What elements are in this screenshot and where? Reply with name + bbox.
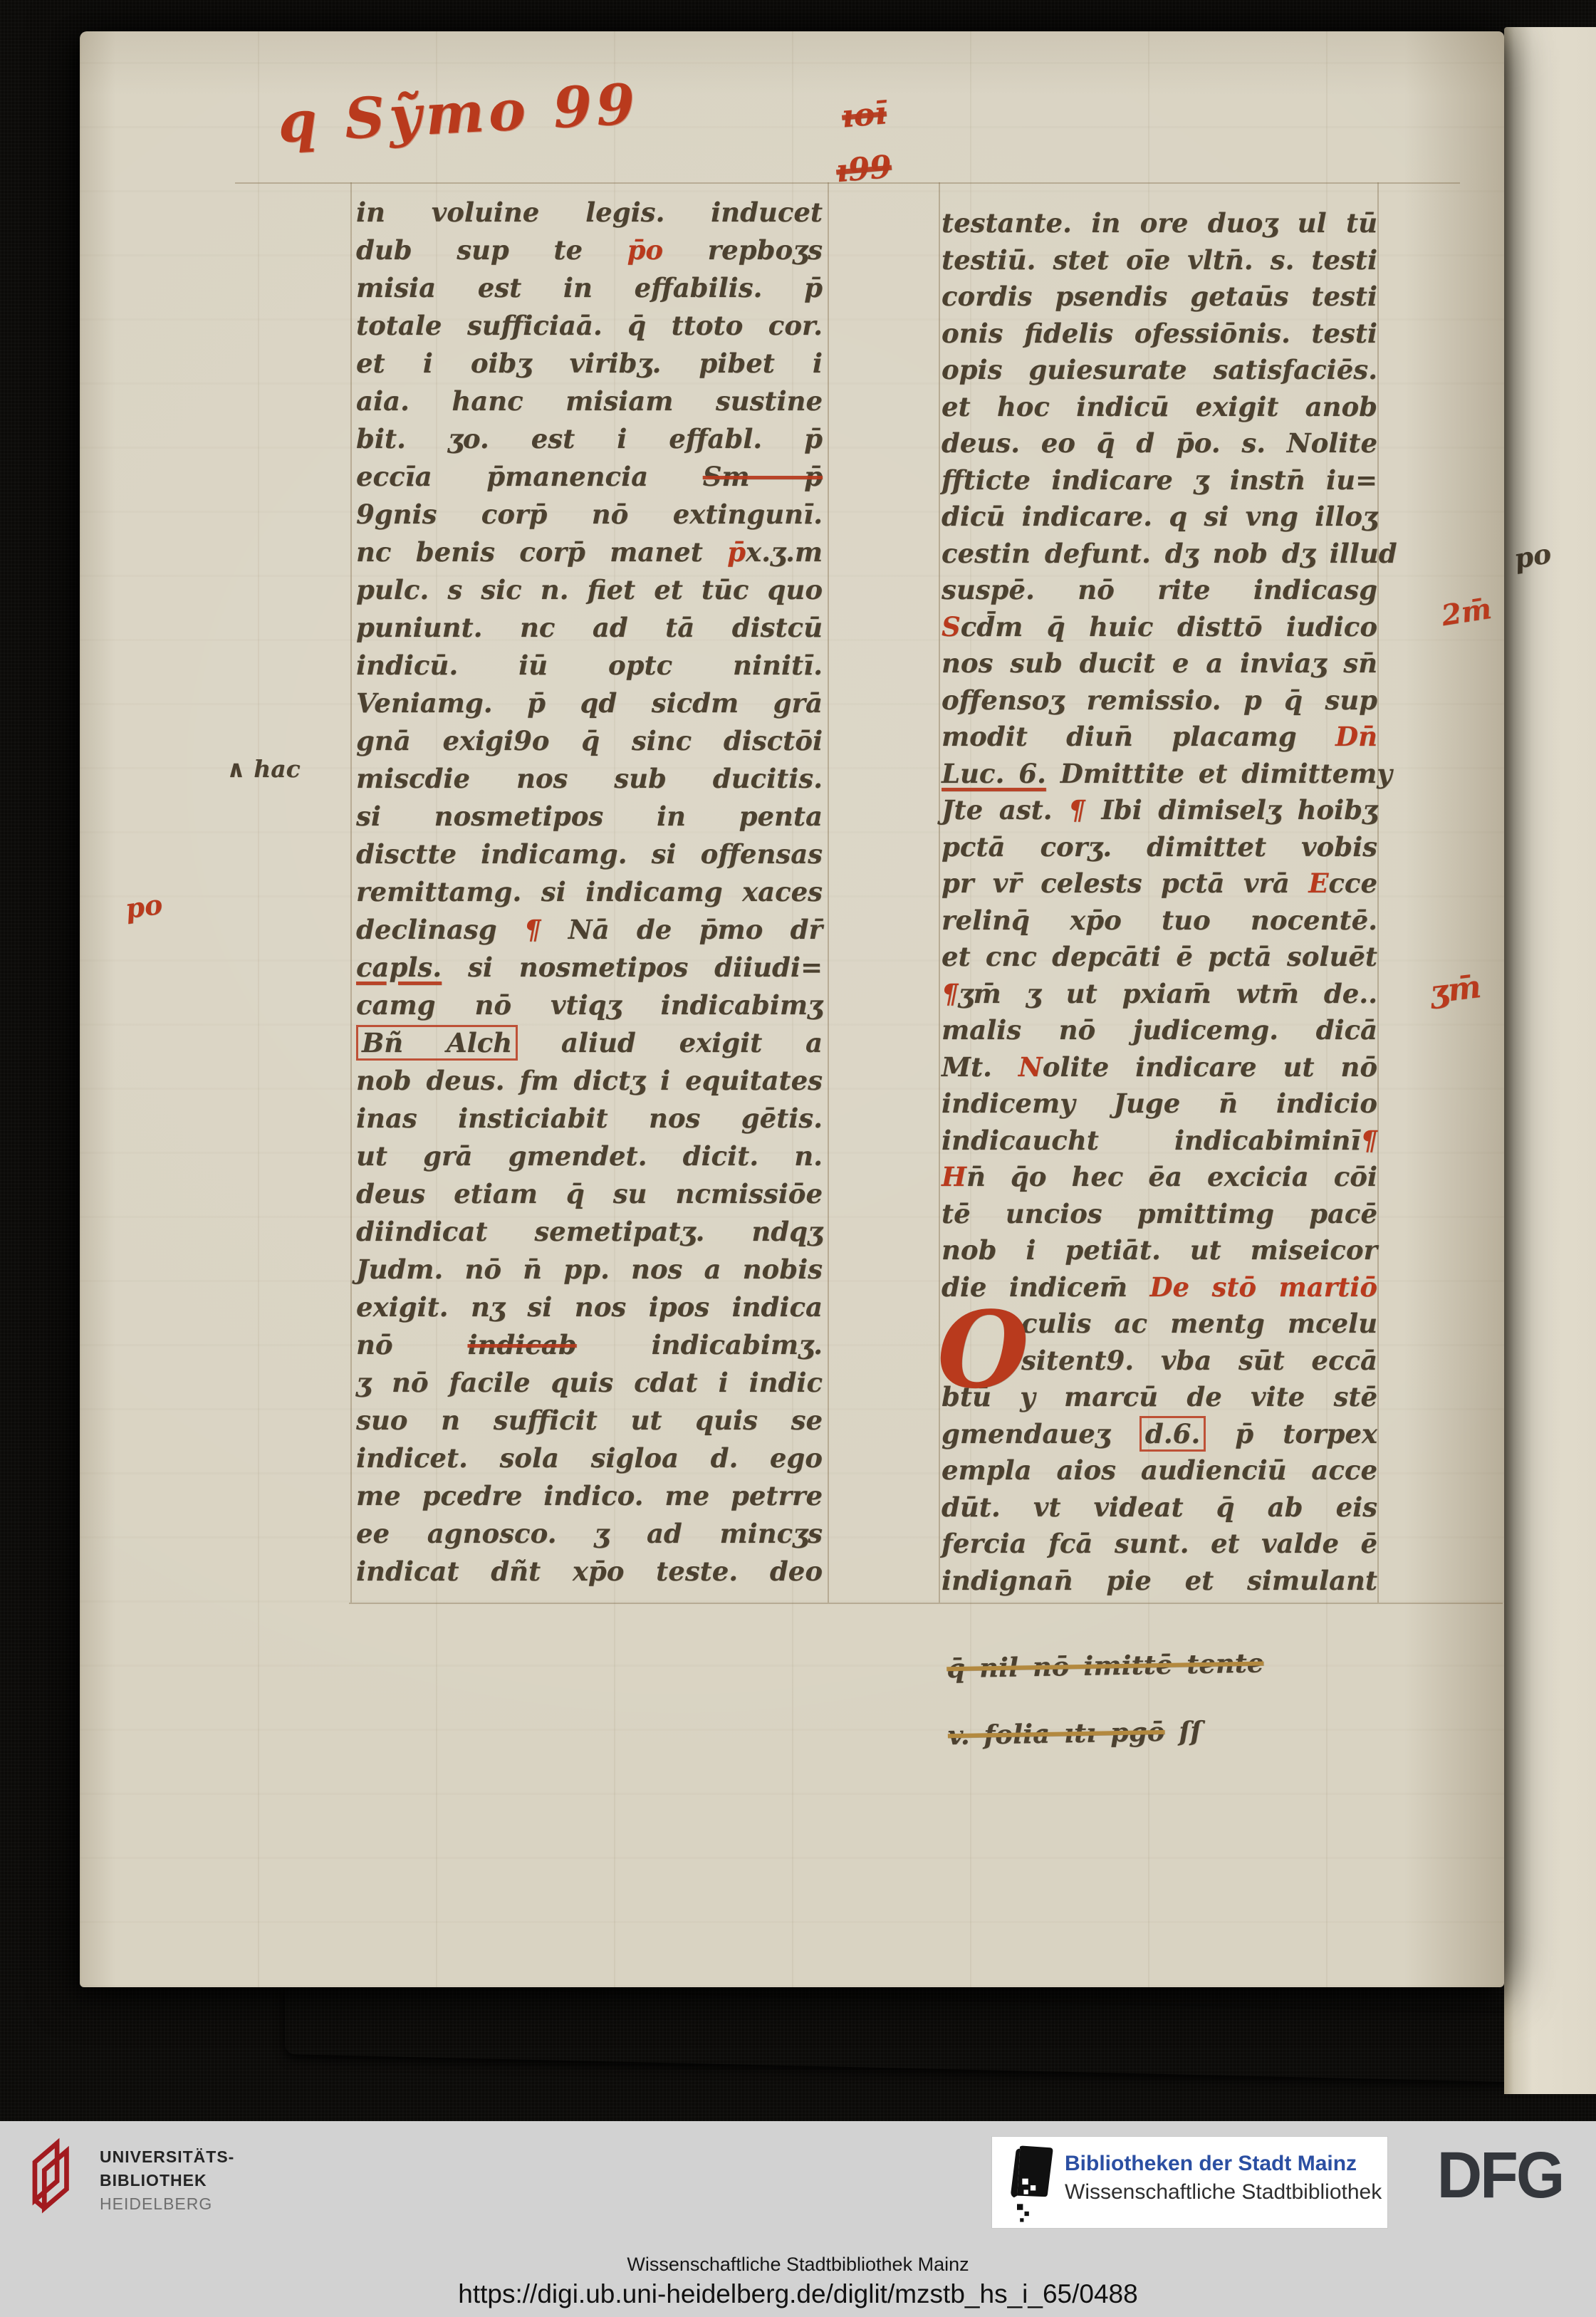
ruling-line-col2-right — [1377, 182, 1379, 1603]
manuscript-text-line: indicū. iū optc ninitī. — [356, 647, 823, 684]
manuscript-text-line: ¶ʒm̄ ʒ ut pxiam̄ wtm̄ de.. — [942, 976, 1377, 1013]
manuscript-text-line: opis guiesurate satisfaciēs. — [942, 352, 1377, 389]
manuscript-text-line: Mt. Nolite indicare ut nō — [942, 1049, 1377, 1086]
manuscript-text-line: indignan̄ pie et simulant — [942, 1563, 1377, 1600]
manuscript-text-line: deus etiam q̄ su ncmissiōe — [356, 1175, 823, 1213]
manuscript-text-line: dub sup te p̄o repboʒs — [356, 231, 823, 269]
manuscript-text-line: suo n sufficit ut quis se — [356, 1402, 823, 1439]
margin-note-2m: 2m̄ — [1439, 592, 1494, 632]
manuscript-text-line: et cnc depcāti ē pctā soluēt — [942, 939, 1377, 976]
manuscript-text-line: offensoʒ remissio. p q̄ sup — [942, 682, 1377, 719]
manuscript-text-line: dicū indicare. q si vng illoʒ — [942, 499, 1377, 536]
ub-line-2: BIBLIOTHEK — [100, 2169, 234, 2192]
manuscript-text-line: cordis psendis getaūs testi — [942, 278, 1377, 316]
manuscript-text-line: Jte ast. ¶ Ibi dimiselʒ hoibʒ — [942, 792, 1377, 829]
manuscript-text-line: aia. hanc misiam sustine — [356, 382, 823, 420]
manuscript-text-line: testiū. stet oīe vltn̄. s. testi — [942, 242, 1377, 279]
ub-heidelberg-logo: UNIVERSITÄTS- BIBLIOTHEK HEIDELBERG — [28, 2137, 234, 2221]
manuscript-text-line: exigit. nʒ si nos ipos indica — [356, 1288, 823, 1326]
manuscript-text-line: declinasg ¶ Nā de p̄mo dr̄ — [356, 911, 823, 949]
ub-heidelberg-wordmark: UNIVERSITÄTS- BIBLIOTHEK HEIDELBERG — [100, 2137, 234, 2216]
manuscript-text-line: deus. eo q̄ d p̄o. s. Nolite — [942, 425, 1377, 462]
manuscript-text-line: 9gnis corp̄ nō extingunī. — [356, 496, 823, 533]
manuscript-text-line: nō indicab indicabimʒ. — [356, 1326, 823, 1364]
manuscript-text-line: pulc. s sic n. fiet et tūc quo — [356, 571, 823, 609]
ub-line-1: UNIVERSITÄTS- — [100, 2145, 234, 2169]
dfg-logo: DFG — [1409, 2140, 1591, 2211]
manuscript-text-line: Judm. nō n̄ pp. nos a nobis — [356, 1251, 823, 1288]
manuscript-text-line: nos sub ducit e a inviaʒ sn̄ — [942, 645, 1377, 682]
adjacent-page-edge: po — [1504, 27, 1596, 2094]
manuscript-text-line: Luc. 6. Dmittite et dimittemy — [942, 756, 1377, 793]
quire-heading-rubric: q Sỹmo 99 — [276, 76, 640, 152]
footer-caption: Wissenschaftliche Stadtbibliothek Mainz — [0, 2254, 1596, 2275]
mainz-book-icon — [1002, 2144, 1062, 2224]
manuscript-text-line: nob deus. fm dictʒ i equitates — [356, 1062, 823, 1100]
manuscript-text-line: ut grā gmendet. dicit. n. — [356, 1137, 823, 1175]
manuscript-text-line: totale sufficiaā. q̄ ttoto cor. — [356, 307, 823, 345]
manuscript-text-line: malis nō judicemg. dicā — [942, 1012, 1377, 1049]
ruling-line-col1-right — [828, 182, 829, 1603]
footer-source-url: https://digi.ub.uni-heidelberg.de/diglit… — [0, 2279, 1596, 2309]
manuscript-text-line: indicet. sola sigloa d. ego — [356, 1439, 823, 1477]
manuscript-text-line: relinq̄ xp̄o tuo nocentē. — [942, 902, 1377, 939]
margin-note-po: po — [123, 888, 165, 925]
manuscript-photo: po q Sỹmo 99 ıoı̄ ı99 ∧ hac po 2m̄ ʒm̄ i… — [0, 0, 1596, 2121]
manuscript-text-line: diindicat semetipatʒ. ndqʒ — [356, 1213, 823, 1251]
margin-note-hac: ∧ hac — [226, 755, 301, 783]
manuscript-text-line: miscdie nos sub ducitis. — [356, 760, 823, 798]
mainz-wordmark: Bibliotheken der Stadt Mainz Wissenschaf… — [1065, 2137, 1382, 2207]
manuscript-text-line: indicaucht indicabiminī¶ — [942, 1123, 1377, 1160]
manuscript-text-line: empla aios audienciū acce — [942, 1452, 1377, 1489]
manuscript-text-line: camg nō vtiqʒ indicabimʒ — [356, 986, 823, 1024]
manuscript-text-line: bit. ʒo. est i effabl. p̄ — [356, 420, 823, 458]
mainz-line-1: Bibliotheken der Stadt Mainz — [1065, 2150, 1382, 2178]
book-fore-edge — [285, 1986, 1596, 2084]
footer-bar: UNIVERSITÄTS- BIBLIOTHEK HEIDELBERG Bibl… — [0, 2121, 1596, 2317]
column-left: in voluine legis. inducetdub sup te p̄o … — [356, 194, 823, 1590]
manuscript-text-line: pctā corʒ. dimittet vobis — [942, 829, 1377, 866]
manuscript-text-line: puniunt. nc ad tā distcū — [356, 609, 823, 647]
mainz-library-logo-box: Bibliotheken der Stadt Mainz Wissenschaf… — [992, 2137, 1387, 2228]
manuscript-text-line: Veniamg. p̄ qd sicdm grā — [356, 684, 823, 722]
addenda-struck-lines: q̄ nil nō imittē tentev. folia ıtı pgō ſ… — [946, 1628, 1375, 1769]
manuscript-text-line: modit diun̄ placamg Dn̄ — [942, 719, 1377, 756]
manuscript-text-line: indicemy Juge n̄ indicio — [942, 1085, 1377, 1123]
ub-line-3: HEIDELBERG — [100, 2192, 234, 2216]
manuscript-text-line: Scd̄m q̄ huic disttō iudico — [942, 609, 1377, 646]
manuscript-text-line: disctte indicamg. si offensas — [356, 835, 823, 873]
manuscript-text-line: ʒ nō facile quis cdat i indic — [356, 1364, 823, 1402]
digitized-manuscript-viewer: po q Sỹmo 99 ıoı̄ ı99 ∧ hac po 2m̄ ʒm̄ i… — [0, 0, 1596, 2317]
manuscript-text-line: onis fidelis ofessiōnis. testi — [942, 316, 1377, 353]
manuscript-text-line: inas insticiabit nos gētis. — [356, 1100, 823, 1137]
manuscript-text-line: indicat dñt xp̄o teste. deo — [356, 1553, 823, 1590]
manuscript-text-line: gnā exigi9o q̄ sinc disctōi — [356, 722, 823, 760]
manuscript-text-line: misia est in effabilis. p̄ — [356, 269, 823, 307]
manuscript-page: q Sỹmo 99 ıoı̄ ı99 ∧ hac po 2m̄ ʒm̄ in v… — [80, 31, 1504, 1987]
manuscript-text-line: me pcedre indico. me petrre — [356, 1477, 823, 1515]
manuscript-text-line: testante. in ore duoʒ ul tū — [942, 205, 1377, 242]
manuscript-text-line: nc benis corp̄ manet p̄x.ʒ.m — [356, 533, 823, 571]
ruling-line-bottom — [349, 1603, 1503, 1604]
adjacent-page-red-mark: po — [1511, 537, 1553, 575]
manuscript-text-line: remittamg. si indicamg xaces — [356, 873, 823, 911]
manuscript-text-line: pr vr̄ celests pctā vrā Ecce — [942, 865, 1377, 902]
manuscript-text-line: tē uncios pmittimg pacē — [942, 1196, 1377, 1233]
manuscript-text-line: Bñ Alch aliud exigit a — [356, 1024, 823, 1062]
gutter-red-mark-2: ı99 — [835, 149, 893, 190]
manuscript-text-line: Hn̄ q̄o hec ēa excicia cōi — [942, 1159, 1377, 1196]
manuscript-text-line: capls. si nosmetipos diiudi= — [356, 949, 823, 986]
margin-note-3m: ʒm̄ — [1428, 969, 1483, 1011]
mainz-line-2: Wissenschaftliche Stadtbibliothek — [1065, 2178, 1382, 2207]
manuscript-text-line: nob i petiāt. ut miseicor — [942, 1232, 1377, 1269]
rubric-initial-o: O — [937, 1308, 1029, 1392]
manuscript-text-line: ee agnosco. ʒ ad mincʒs — [356, 1515, 823, 1553]
manuscript-text-line: si nosmetipos in penta — [356, 798, 823, 835]
manuscript-text-line: dūt. vt videat q̄ ab eis — [942, 1489, 1377, 1526]
ruling-line-col1-left — [350, 182, 352, 1603]
manuscript-text-line: eccīa p̄manencia Sm p̄ — [356, 458, 823, 496]
manuscript-text-line: fercia fcā sunt. et valde ē — [942, 1526, 1377, 1563]
manuscript-text-line: q̄ nil nō imittē tente — [946, 1628, 1375, 1702]
ub-books-icon — [28, 2137, 84, 2221]
manuscript-text-line: in voluine legis. inducet — [356, 194, 823, 231]
manuscript-text-line: et hoc indicū exigit anob — [942, 389, 1377, 426]
gutter-red-mark-1: ıoı̄ — [840, 95, 888, 135]
manuscript-text-line: cestin defunt. dʒ nob dʒ illud — [942, 536, 1377, 573]
manuscript-text-line: gmendaueʒ d.6. p̄ torpex — [942, 1416, 1377, 1453]
manuscript-text-line: et i oibʒ viribʒ. pibet i — [356, 345, 823, 382]
manuscript-text-line: v. folia ıtı pgō ſſ — [947, 1694, 1376, 1769]
manuscript-text-line: suspē. nō rite indicasg — [942, 572, 1377, 609]
manuscript-text-line: ffticte indicare ʒ instn̄ iu= — [942, 462, 1377, 499]
